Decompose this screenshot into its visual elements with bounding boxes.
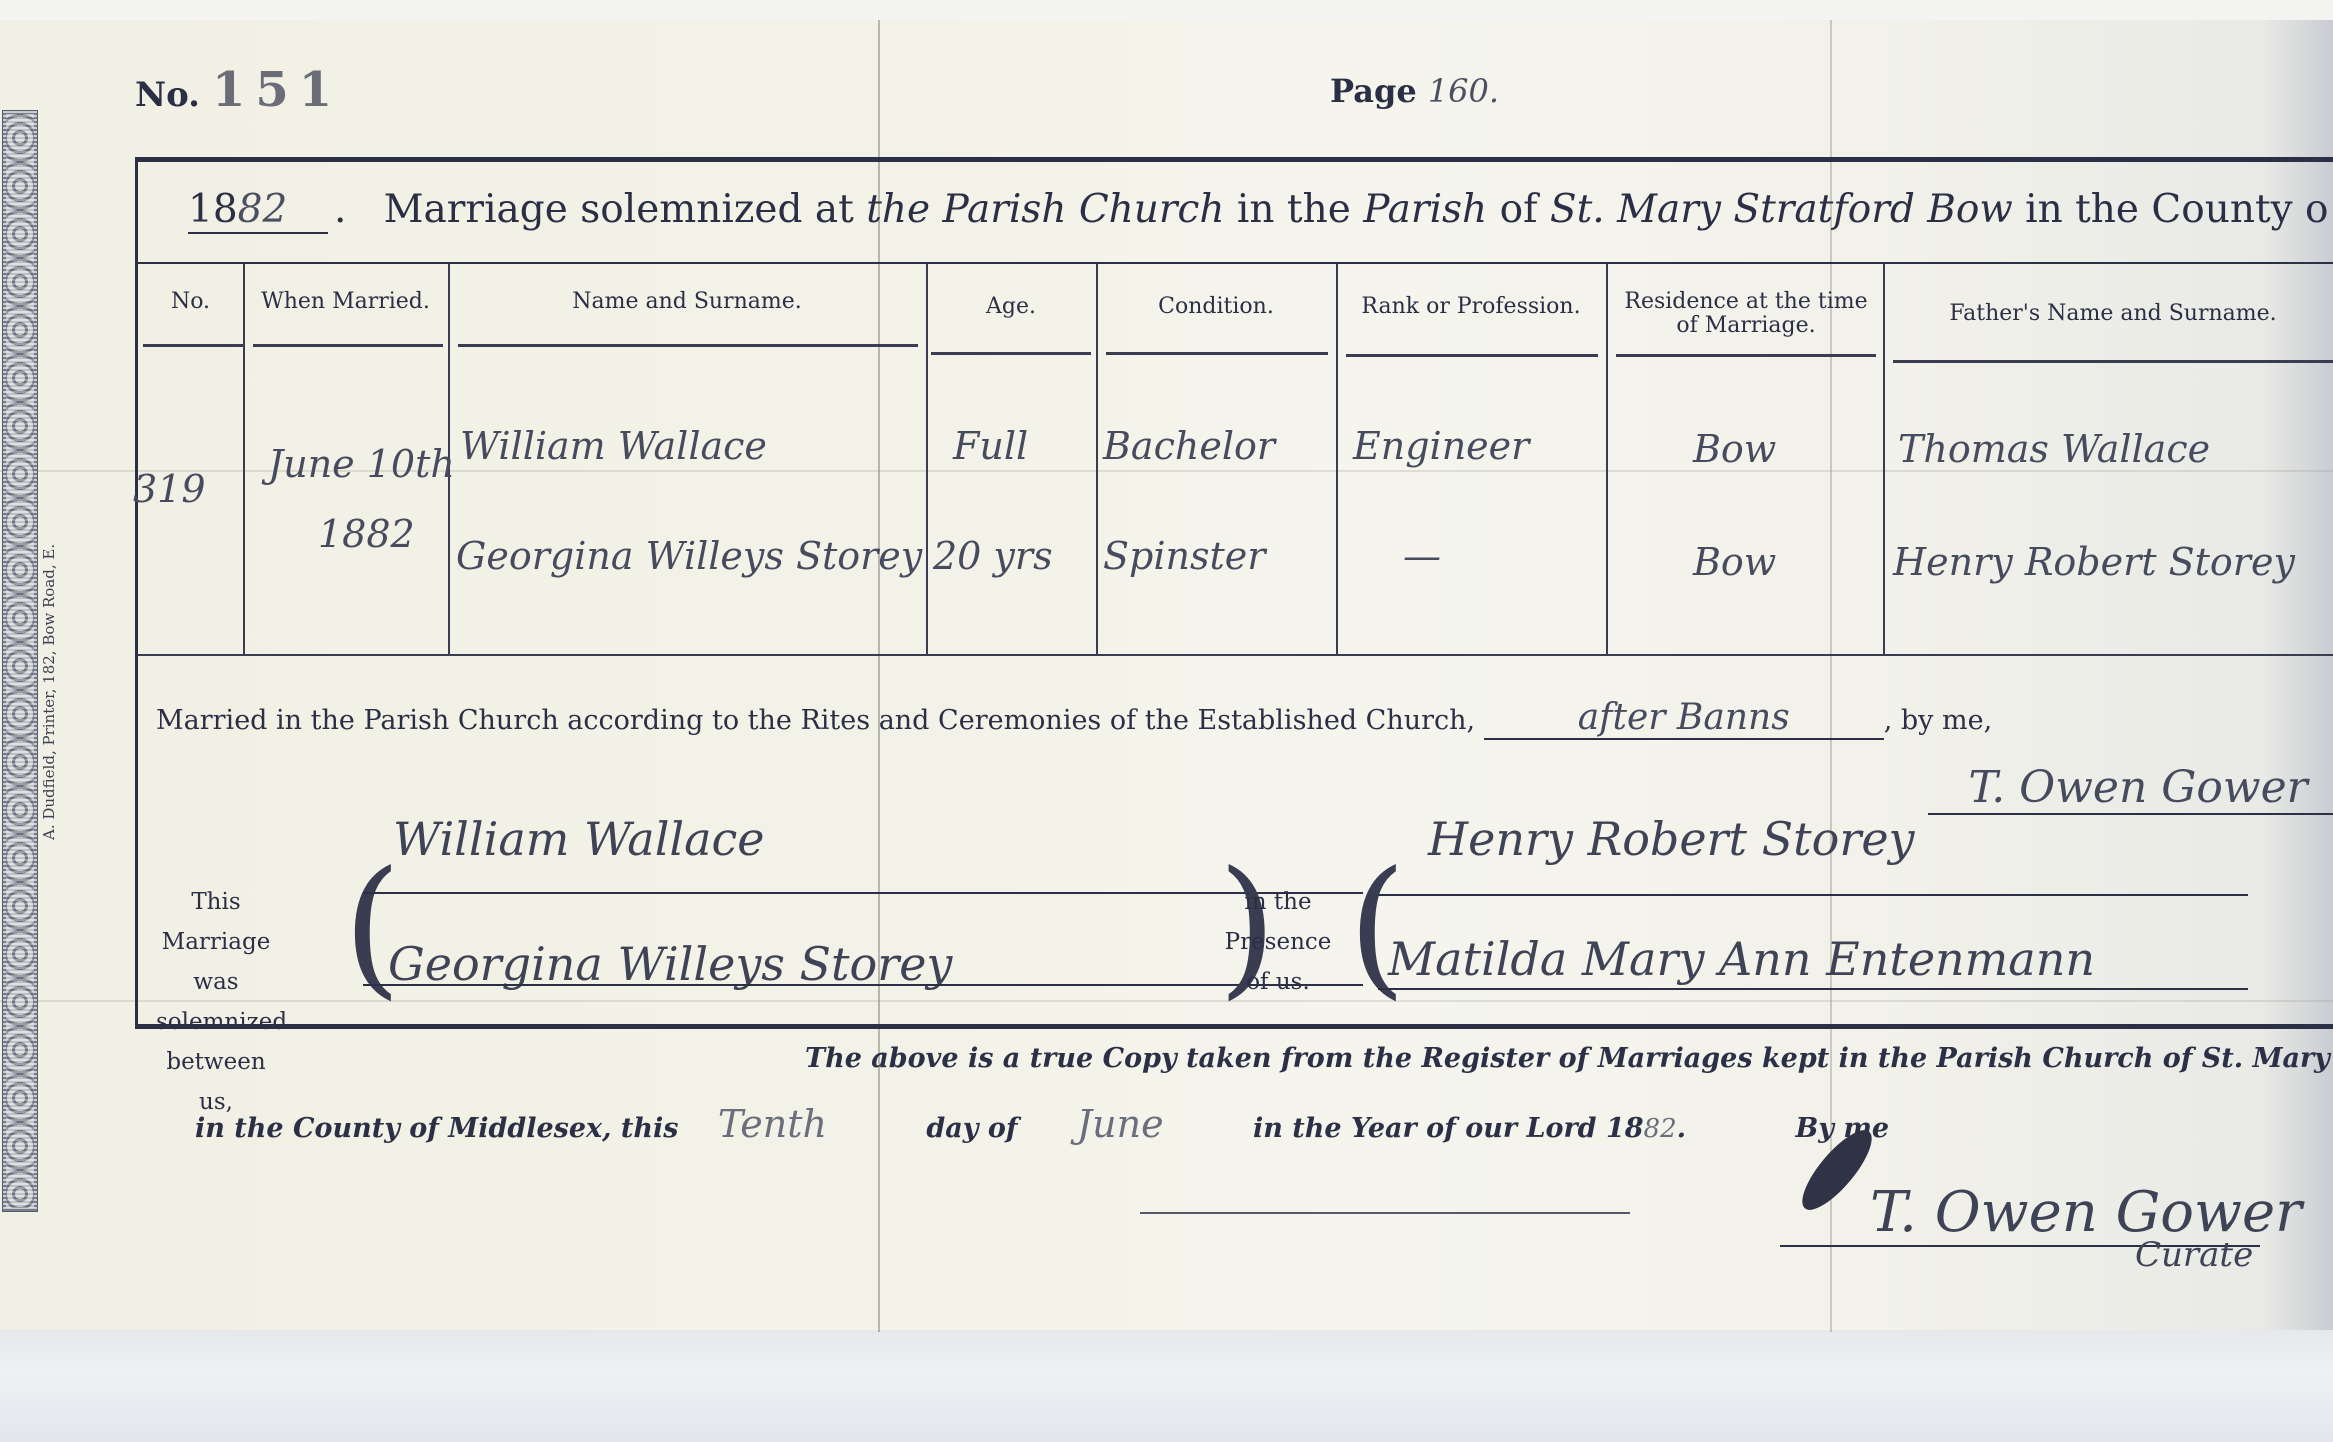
header-rule [143,344,243,347]
certifier-title: Curate [2135,1235,2253,1275]
entry-year: 1882 [188,187,328,234]
bride-age: 20 yrs [933,534,1053,578]
certification-line-2: in the County of Middlesex, this Tenth d… [195,1102,1889,1146]
presence-label: in the Presence of us. [1223,882,1333,1002]
header-rule [458,344,918,347]
header-age: Age. [926,295,1096,319]
header-father: Father's Name and Surname. [1883,302,2333,326]
divider [138,654,2333,656]
year-end: . [1677,1113,1686,1144]
signature-line [363,892,1363,894]
header-no: No. [138,290,243,314]
decorative-border-icon [2,110,38,1212]
title-county: in the County o [2013,187,2329,232]
groom-father: Thomas Wallace [1898,427,2210,471]
day-of-text: day of [926,1113,1017,1144]
rites-statement: Married in the Parish Church according t… [156,697,1992,740]
bride-name: Georgina Willeys Storey [456,534,922,578]
label-line: This Marriage [156,882,276,962]
header-condition: Condition. [1096,295,1336,319]
bride-condition: Spinster [1103,534,1265,578]
marriage-method: after Banns [1484,697,1884,740]
groom-condition: Bachelor [1103,424,1275,468]
by-me-text: , by me, [1884,705,1992,736]
signature-line [1378,894,2248,896]
scan-background [0,1330,2333,1442]
rites-text: Married in the Parish Church according t… [156,705,1475,736]
document-number-value: 151 [212,62,342,118]
label-line: Presence [1223,922,1333,962]
witness-2-signature: Matilda Mary Ann Entenmann [1388,932,2095,986]
entry-number: 319 [133,467,206,511]
title-venue: the Parish Church [866,187,1224,232]
signature-line [363,984,1363,986]
label-line: of us. [1223,962,1333,1002]
witness-1-signature: Henry Robert Storey [1428,812,1915,866]
signature-line [1378,988,2248,990]
header-rule [1616,354,1876,357]
column-divider [1096,264,1098,654]
blank-line [1140,1212,1630,1214]
document-number: No.151 [135,62,342,118]
groom-residence: Bow [1693,427,1776,471]
year-text: in the Year of our Lord 18 [1253,1113,1644,1144]
column-divider [1606,264,1608,654]
groom-age: Full [953,424,1028,468]
marriage-year: 1882 [318,512,415,556]
printer-imprint: A. Dudfield, Printer, 182, Bow Road, E. [40,544,58,840]
year-prefix: 18 [188,187,238,232]
certification-month: June [1077,1102,1164,1146]
groom-name: William Wallace [460,424,767,468]
bride-profession: — [1403,534,1441,578]
page-number: Page 160. [1330,72,1499,110]
marriage-date: June 10th [268,442,455,486]
header-rule [253,344,443,347]
certification-line-1: The above is a true Copy taken from the … [805,1043,2333,1074]
header-rule [1106,352,1328,355]
header-rule [1346,354,1598,357]
title-parish-name: St. Mary Stratford Bow [1550,187,2013,232]
header-profession: Rank or Profession. [1336,295,1606,319]
header-rule [931,352,1091,355]
divider [138,262,2333,264]
header-residence: Residence at the time of Marriage. [1616,290,1876,338]
header-rule [1893,360,2333,363]
page-label: Page [1330,72,1417,110]
register-entry-frame: 1882. Marriage solemnized at the Parish … [135,157,2333,1029]
label-line: in the [1223,882,1333,922]
bride-father: Henry Robert Storey [1893,540,2295,584]
column-divider [1336,264,1338,654]
title-text: Marriage solemnized at [384,187,867,232]
bride-signature: Georgina Willeys Storey [388,937,952,991]
page-value: 160. [1428,72,1499,110]
bride-residence: Bow [1693,540,1776,584]
entry-title: 1882. Marriage solemnized at the Parish … [188,187,2329,234]
label-line: was solemnized [156,962,276,1042]
document-number-label: No. [135,75,200,115]
year-handwritten: 82 [238,187,288,232]
county-text: in the County of Middlesex, this [195,1113,678,1144]
column-divider [926,264,928,654]
column-divider [243,264,245,654]
title-dot: . [334,187,346,232]
title-text: in the [1225,187,1364,232]
title-parish-label: Parish [1363,187,1487,232]
between-us-label: This Marriage was solemnized between us, [156,882,276,1122]
groom-signature: William Wallace [393,812,765,866]
header-when-married: When Married. [243,290,448,314]
header-name: Name and Surname. [448,290,926,314]
certification-day: Tenth [718,1102,827,1146]
groom-profession: Engineer [1353,424,1529,468]
title-text: of [1487,187,1550,232]
certification-year: 82 [1644,1114,1677,1144]
officiant-signature: T. Owen Gower [1928,762,2333,815]
